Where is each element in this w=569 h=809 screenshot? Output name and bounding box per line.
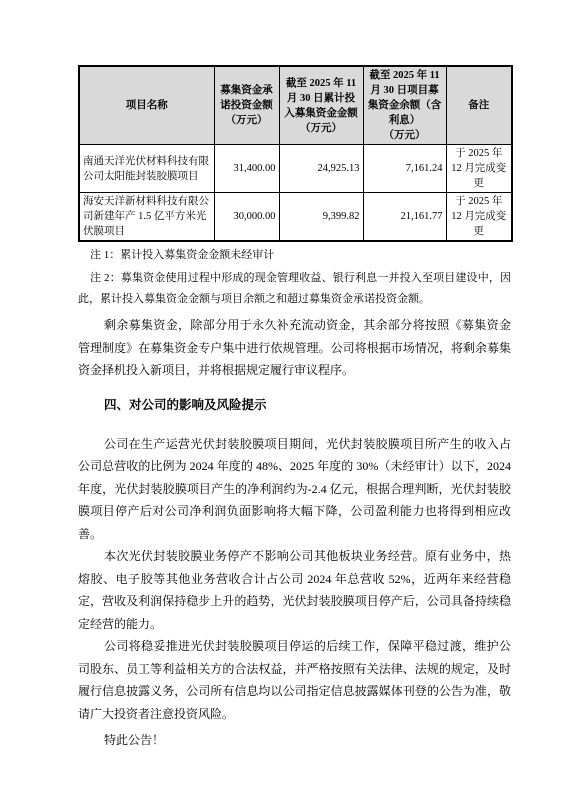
project-name-cell: 南通天洋光伏材料科技有限公司太阳能封装胶膜项目 — [79, 145, 214, 193]
project-name-cell: 海安天洋新材料科技有限公司新建年产 1.5 亿平方米光伏膜项目 — [79, 193, 214, 242]
invested-amount-cell: 9,399.82 — [279, 193, 363, 242]
paragraph-remaining-funds: 剩余募集资金，除部分用于永久补充流动资金，其余部分将按照《募集资金管理制度》在募… — [78, 314, 511, 382]
committed-amount-cell: 30,000.00 — [214, 193, 279, 242]
closing-statement: 特此公告！ — [78, 729, 511, 752]
table-header-committed: 募集资金承 诺投资金额 （万元） — [214, 66, 279, 145]
note-1: 注 1：累计投入募集资金金额未经审计 — [78, 245, 511, 266]
table-header-balance: 截至 2025 年 11 月 30 日项目募 集资金余额（含 利息） （万元） — [363, 66, 446, 145]
document-content: 项目名称 募集资金承 诺投资金额 （万元） 截至 2025 年 11 月 30 … — [78, 65, 511, 752]
remark-cell: 于 2025 年 12 月完成变 更 — [446, 145, 512, 193]
table-row: 南通天洋光伏材料科技有限公司太阳能封装胶膜项目 31,400.00 24,925… — [79, 145, 512, 193]
table-row: 海安天洋新材料科技有限公司新建年产 1.5 亿平方米光伏膜项目 30,000.0… — [79, 193, 512, 242]
section-heading-impact-risk: 四、对公司的影响及风险提示 — [78, 395, 511, 416]
document-page: 项目名称 募集资金承 诺投资金额 （万元） 截至 2025 年 11 月 30 … — [0, 0, 569, 809]
paragraph-follow-up: 公司将稳妥推进光伏封装胶膜项目停运的后续工作，保障平稳过渡，维护公司股东、员工等… — [78, 635, 511, 725]
note-2: 注 2：募集资金使用过程中形成的现金管理收益、银行利息一并投入至项目建设中，因此… — [78, 268, 511, 310]
table-header-project: 项目名称 — [79, 66, 214, 145]
balance-amount-cell: 21,161.77 — [363, 193, 446, 242]
table-header-row: 项目名称 募集资金承 诺投资金额 （万元） 截至 2025 年 11 月 30 … — [79, 66, 512, 145]
committed-amount-cell: 31,400.00 — [214, 145, 279, 193]
table-header-remark: 备注 — [446, 66, 512, 145]
funds-usage-table: 项目名称 募集资金承 诺投资金额 （万元） 截至 2025 年 11 月 30 … — [78, 65, 513, 242]
remark-cell: 于 2025 年 12 月完成变 更 — [446, 193, 512, 242]
invested-amount-cell: 24,925.13 — [279, 145, 363, 193]
paragraph-other-business: 本次光伏封装胶膜业务停产不影响公司其他板块业务经营。原有业务中，热熔胶、电子胶等… — [78, 545, 511, 635]
balance-amount-cell: 7,161.24 — [363, 145, 446, 193]
table-header-invested: 截至 2025 年 11 月 30 日累计投 入募集资金金额 （万元） — [279, 66, 363, 145]
paragraph-revenue-impact: 公司在生产运营光伏封装胶膜项目期间，光伏封装胶膜项目所产生的收入占公司总营收的比… — [78, 433, 511, 546]
